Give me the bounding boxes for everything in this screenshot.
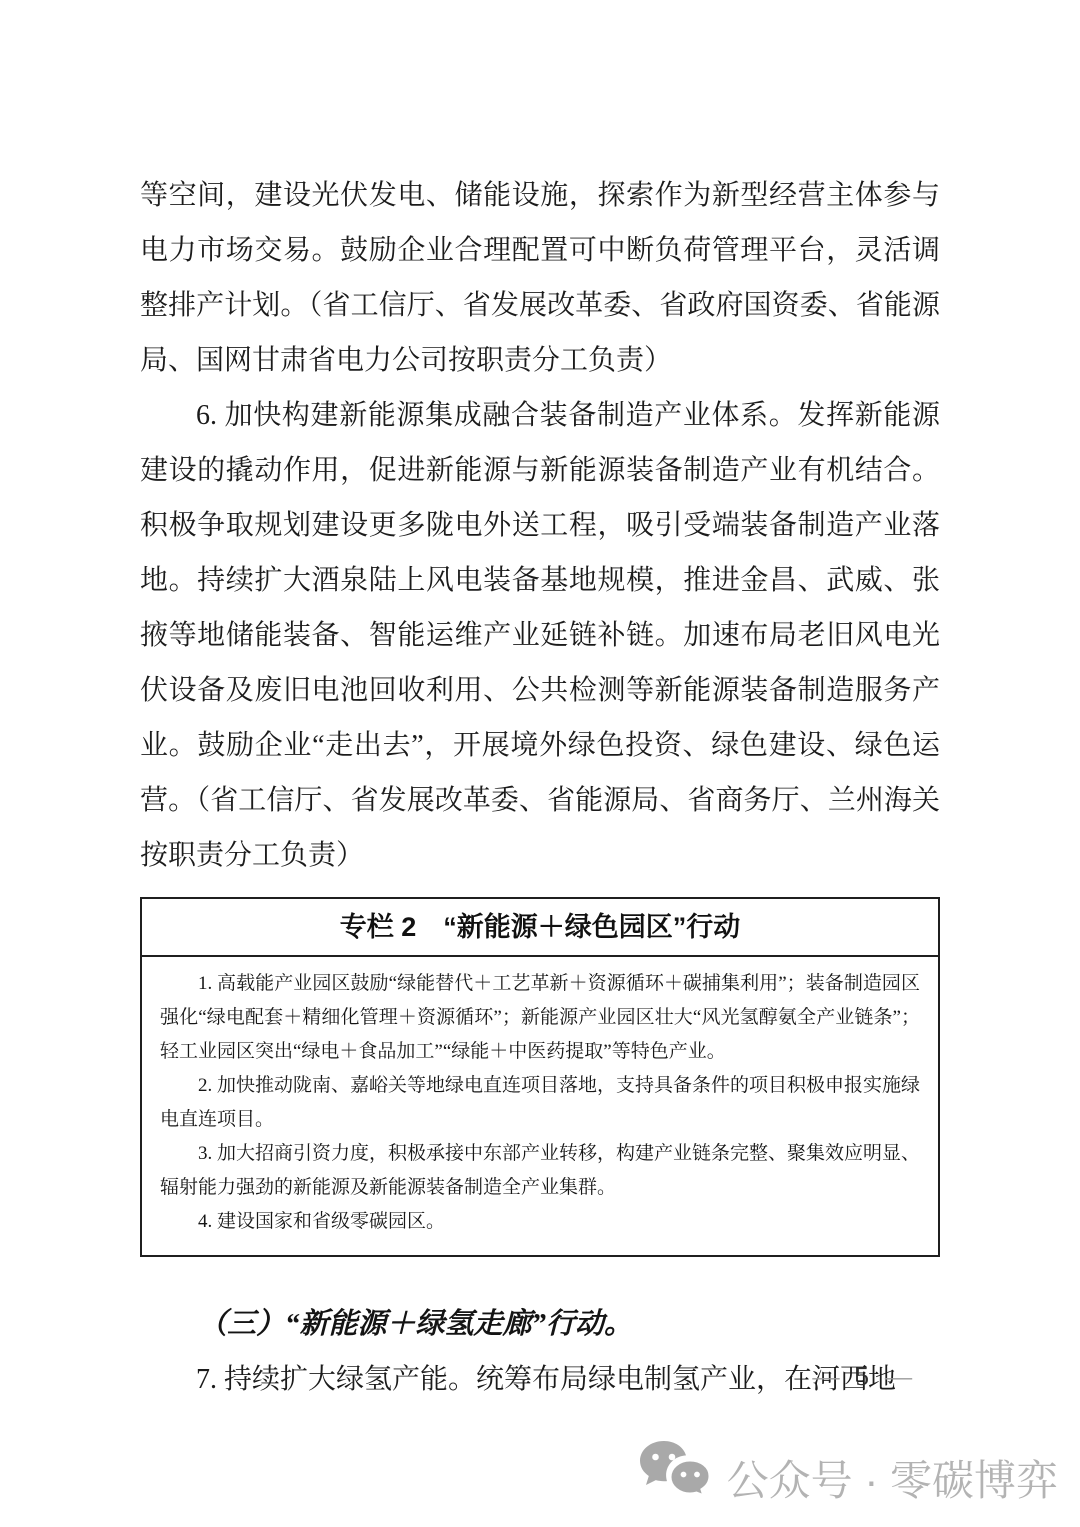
paragraph-continued: 等空间，建设光伏发电、储能设施，探索作为新型经营主体参与电力市场交易。鼓励企业合… (140, 168, 940, 388)
box-item-2: 2. 加快推动陇南、嘉峪关等地绿电直连项目落地，支持具备条件的项目积极申报实施绿… (160, 1069, 920, 1137)
column-box-2: 专栏 2 “新能源＋绿色园区”行动 1. 高载能产业园区鼓励“绿能替代＋工艺革新… (140, 897, 940, 1257)
box-item-4: 4. 建设国家和省级零碳园区。 (160, 1205, 920, 1239)
watermark-label: 公众号 · 零碳博弈 (727, 1448, 1058, 1514)
section-heading-3: （三）“新能源＋绿氢走廊”行动。 (140, 1297, 940, 1352)
box-item-1: 1. 高载能产业园区鼓励“绿能替代＋工艺革新＋资源循环＋碳捕集利用”；装备制造园… (160, 967, 920, 1069)
wechat-icon (637, 1438, 713, 1523)
page-number-dash-left: — (813, 1361, 840, 1391)
document-page: 等空间，建设光伏发电、储能设施，探索作为新型经营主体参与电力市场交易。鼓励企业合… (0, 0, 1080, 1527)
column-box-title: 专栏 2 “新能源＋绿色园区”行动 (142, 899, 938, 957)
paragraph-item-6: 6. 加快构建新能源集成融合装备制造产业体系。发挥新能源建设的撬动作用，促进新能… (140, 388, 940, 883)
page-number-value: 5 (856, 1361, 870, 1391)
box-item-3: 3. 加大招商引资力度，积极承接中东部产业转移，构建产业链条完整、聚集效应明显、… (160, 1137, 920, 1205)
column-box-body: 1. 高载能产业园区鼓励“绿能替代＋工艺革新＋资源循环＋碳捕集利用”；装备制造园… (142, 957, 938, 1255)
watermark: 公众号 · 零碳博弈 (637, 1438, 1058, 1523)
page-number-dash-right: — (885, 1361, 912, 1391)
page-number: —5— (813, 1356, 913, 1396)
document-body: 等空间，建设光伏发电、储能设施，探索作为新型经营主体参与电力市场交易。鼓励企业合… (140, 168, 940, 1407)
